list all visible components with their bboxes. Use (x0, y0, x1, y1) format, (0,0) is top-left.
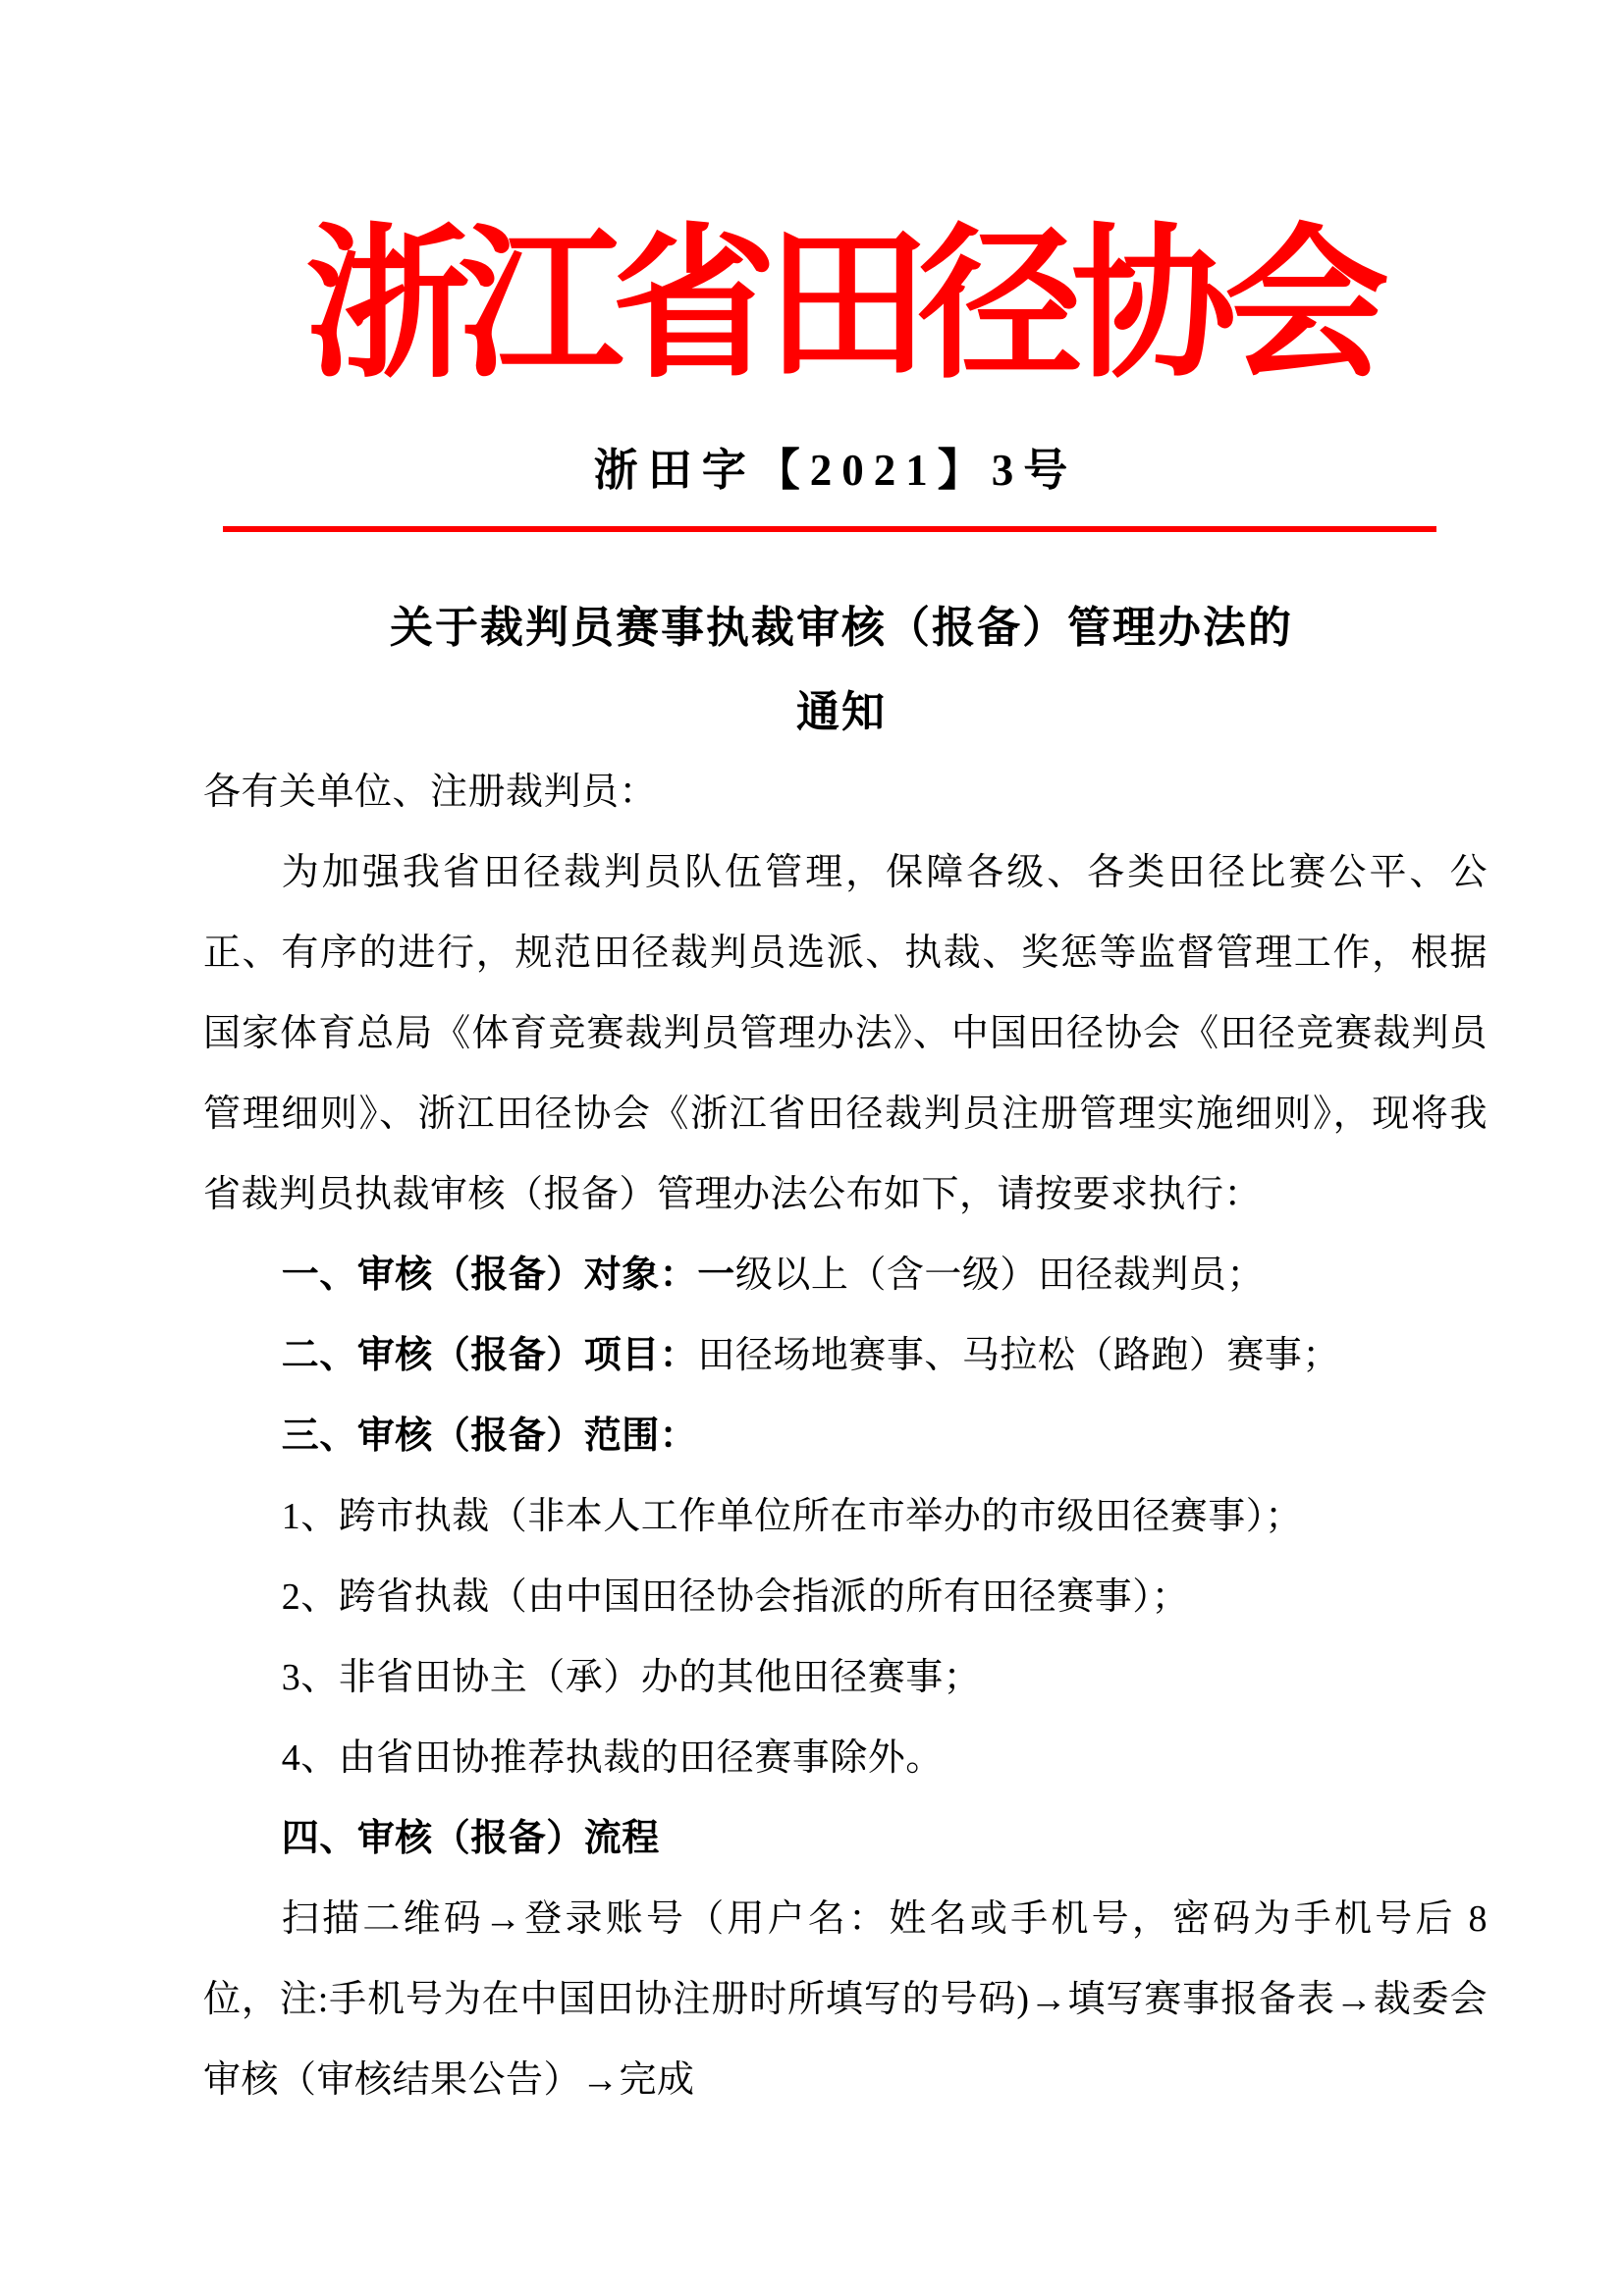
text-run: 扫描二维码→登录账号（用户名：姓名或手机号，密码为手机号后 8 位，注:手机号为… (203, 1898, 1488, 2101)
text-run: 各有关单位、注册裁判员： (203, 772, 657, 813)
org-title: 浙江省田径协会 (29, 224, 1624, 389)
body-paragraph: 为加强我省田径裁判员队伍管理，保障各级、各类田径比赛公平、公正、有序的进行，规范… (203, 832, 1488, 1235)
text-run: 4、由省田协推荐执裁的田径赛事除外。 (282, 1737, 944, 1779)
notice-title-line1: 关于裁判员赛事执裁审核（报备）管理办法的 (29, 586, 1624, 670)
doc-number: 浙田字【2021】3号 (24, 434, 1624, 498)
body-paragraph: 1、跨市执裁（非本人工作单位所在市举办的市级田径赛事）； (203, 1476, 1488, 1557)
text-run: 田径场地赛事、马拉松（路跑）赛事； (697, 1335, 1340, 1376)
body-paragraph: 2、跨省执裁（由中国田径协会指派的所有田径赛事）； (203, 1557, 1488, 1637)
text-run: 级以上（含一级）田径裁判员； (735, 1255, 1265, 1296)
text-run: 3、非省田协主（承）办的其他田径赛事； (282, 1657, 982, 1698)
bold-text-run: 四、审核（报备）流程 (282, 1818, 660, 1859)
text-run: 为加强我省田径裁判员队伍管理，保障各级、各类田径比赛公平、公正、有序的进行，规范… (203, 852, 1488, 1215)
bold-text-run: 三、审核（报备）范围： (282, 1415, 698, 1457)
bold-text-run: 二、审核（报备）项目： (282, 1335, 698, 1376)
text-run: 1、跨市执裁（非本人工作单位所在市举办的市级田径赛事）； (282, 1496, 1303, 1537)
body-paragraph: 3、非省田协主（承）办的其他田径赛事； (203, 1637, 1488, 1718)
notice-title: 关于裁判员赛事执裁审核（报备）管理办法的 通知 (29, 586, 1624, 755)
body-paragraph: 扫描二维码→登录账号（用户名：姓名或手机号，密码为手机号后 8 位，注:手机号为… (203, 1879, 1488, 2120)
body-paragraph: 二、审核（报备）项目：田径场地赛事、马拉松（路跑）赛事； (203, 1315, 1488, 1396)
body-paragraph: 各有关单位、注册裁判员： (203, 752, 1488, 832)
body-paragraph: 4、由省田协推荐执裁的田径赛事除外。 (203, 1718, 1488, 1798)
body-paragraph: 三、审核（报备）范围： (203, 1396, 1488, 1476)
text-run: 2、跨省执裁（由中国田径协会指派的所有田径赛事）； (282, 1576, 1190, 1618)
red-divider-line (223, 526, 1436, 532)
body-paragraph: 四、审核（报备）流程 (203, 1798, 1488, 1879)
bold-text-run: 一、审核（报备）对象：一 (282, 1255, 735, 1296)
notice-title-line2: 通知 (29, 670, 1624, 755)
notice-body: 各有关单位、注册裁判员：为加强我省田径裁判员队伍管理，保障各级、各类田径比赛公平… (203, 752, 1488, 2120)
body-paragraph: 一、审核（报备）对象：一级以上（含一级）田径裁判员； (203, 1235, 1488, 1315)
document-page: 浙江省田径协会 浙田字【2021】3号 关于裁判员赛事执裁审核（报备）管理办法的… (0, 0, 1624, 2296)
